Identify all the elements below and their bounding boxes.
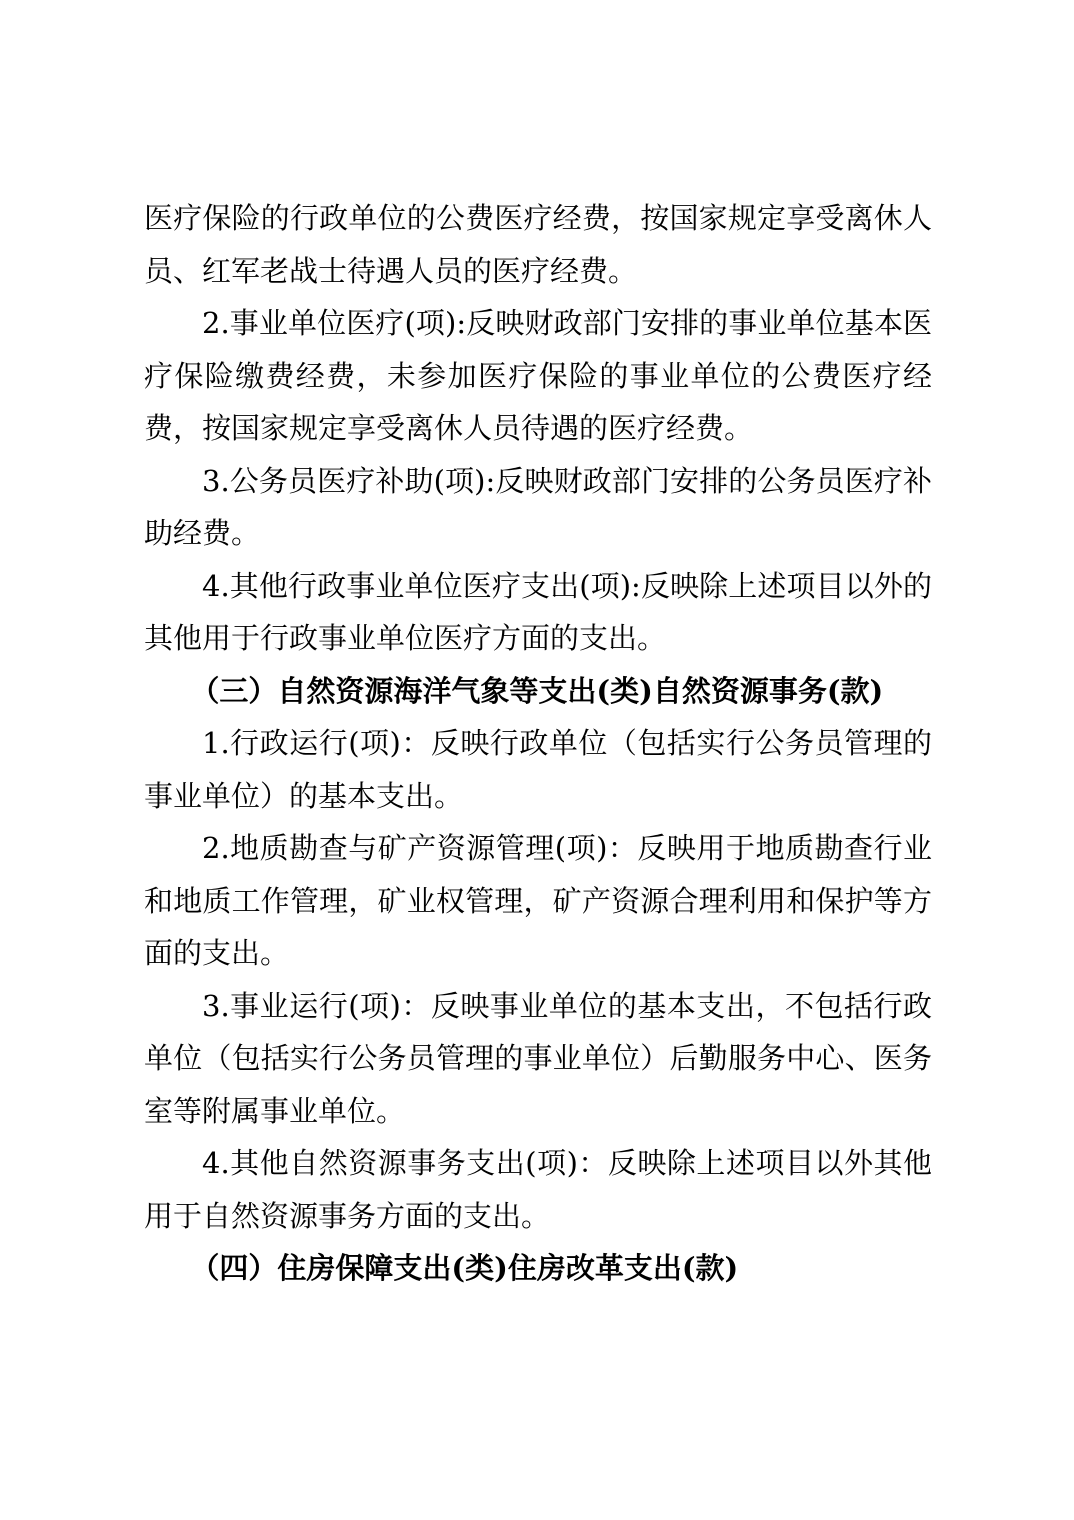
section-heading-3-natural-resources: （三）自然资源海洋气象等支出(类)自然资源事务(款) bbox=[144, 665, 932, 718]
section-heading-4-housing: （四）住房保障支出(类)住房改革支出(款) bbox=[144, 1242, 932, 1295]
paragraph-item-4-other-natural-resources: 4.其他自然资源事务支出(项)：反映除上述项目以外其他用于自然资源事务方面的支出… bbox=[144, 1137, 932, 1242]
paragraph-item-3-institution-operation: 3.事业运行(项)：反映事业单位的基本支出，不包括行政单位（包括实行公务员管理的… bbox=[144, 980, 932, 1138]
paragraph-item-2-unit-medical: 2.事业单位医疗(项):反映财政部门安排的事业单位基本医疗保险缴费经费，未参加医… bbox=[144, 297, 932, 455]
document-content: 医疗保险的行政单位的公费医疗经费，按国家规定享受离休人员、红军老战士待遇人员的医… bbox=[144, 192, 932, 1295]
document-page: 医疗保险的行政单位的公费医疗经费，按国家规定享受离休人员、红军老战士待遇人员的医… bbox=[0, 0, 1074, 1520]
paragraph-continuation: 医疗保险的行政单位的公费医疗经费，按国家规定享受离休人员、红军老战士待遇人员的医… bbox=[144, 192, 932, 297]
paragraph-item-3-civil-servant-medical: 3.公务员医疗补助(项):反映财政部门安排的公务员医疗补助经费。 bbox=[144, 455, 932, 560]
paragraph-item-4-other-medical: 4.其他行政事业单位医疗支出(项):反映除上述项目以外的其他用于行政事业单位医疗… bbox=[144, 560, 932, 665]
paragraph-item-1-admin-operation: 1.行政运行(项)：反映行政单位（包括实行公务员管理的事业单位）的基本支出。 bbox=[144, 717, 932, 822]
paragraph-item-2-geology-mineral: 2.地质勘查与矿产资源管理(项)：反映用于地质勘查行业和地质工作管理，矿业权管理… bbox=[144, 822, 932, 980]
